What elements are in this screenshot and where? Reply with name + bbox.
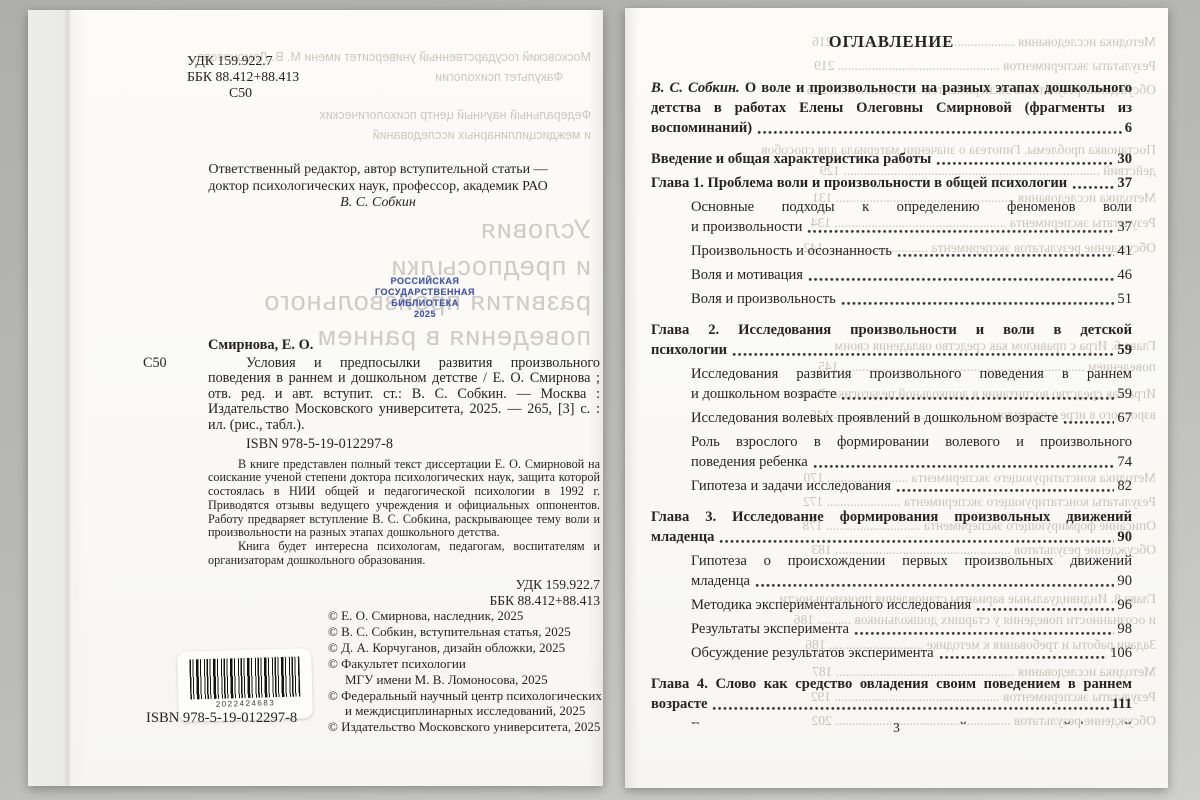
dot-leader	[854, 631, 1114, 636]
toc-entry-line: Исследования развития произвольного пове…	[691, 364, 1132, 384]
editor-line: Ответственный редактор, автор вступитель…	[158, 162, 598, 179]
copyright-line: © Е. О. Смирнова, наследник, 2025	[328, 608, 640, 624]
toc-entry-text: Произвольность и осознанность	[691, 241, 892, 261]
toc-entry-text: Воля и произвольность	[691, 289, 836, 309]
editor-line: доктор психологических наук, профессор, …	[158, 179, 598, 196]
toc-entry-line: детства в работах Елены Олеговны Смирнов…	[651, 98, 1132, 118]
toc-entry: Глава 4. Слово как средство овладения св…	[651, 674, 1132, 714]
toc-entry: В. С. Собкин. О воле и произвольности на…	[651, 78, 1132, 138]
udk-bottom-block: УДК 159.922.7 ББК 88.412+88.413	[178, 577, 600, 610]
author-heading: Смирнова, Е. О.	[208, 338, 600, 354]
toc-list: В. С. Собкин. О воле и произвольности на…	[651, 78, 1132, 724]
toc-page-ref: 6	[1125, 118, 1132, 138]
toc-page-ref: 74	[1117, 452, 1132, 472]
bib-description: Условия и предпосылки развития произволь…	[208, 356, 600, 434]
toc-entry-line: Основные подходы к определению феноменов…	[691, 197, 1132, 217]
toc-entry: Роль взрослого в формировании волевого и…	[651, 432, 1132, 472]
toc-page-ref: 90	[1117, 527, 1132, 547]
copyright-line: © Факультет психологии	[328, 656, 640, 672]
toc-entry: Обсуждение результатов эксперимента106	[651, 643, 1132, 663]
toc-page-ref: 37	[1117, 217, 1132, 237]
toc-entry: Воля и мотивация46	[651, 265, 1132, 285]
dot-leader	[712, 706, 1108, 711]
toc-entry-text: младенца	[691, 571, 750, 591]
copyright-line: © В. С. Собкин, вступительная статья, 20…	[328, 624, 640, 640]
dot-leader	[757, 130, 1122, 135]
toc-page-ref: 96	[1117, 595, 1132, 615]
toc-page-ref: 59	[1117, 384, 1132, 404]
toc-entry-text: и дошкольном возрасте	[691, 384, 836, 404]
toc-entry: Введение и общая характеристика работы30	[651, 149, 1132, 169]
toc-entry: Результаты эксперимента98	[651, 619, 1132, 639]
bleedthrough-line: и междисциплинарных исследований	[54, 128, 591, 142]
toc-entry: Основные подходы к определению феноменов…	[651, 197, 1132, 237]
stamp-line: БИБЛИОТЕКА	[360, 298, 490, 309]
toc-entry: Воля и произвольность51	[651, 289, 1132, 309]
bibliographic-entry: С50 Условия и предпосылки развития произ…	[208, 356, 600, 434]
copyright-line: © Федеральный научный центр психологичес…	[328, 688, 640, 704]
toc-entry-text: Введение и общая характеристика работы	[651, 149, 931, 169]
udk-block: УДК 159.922.7 ББК 88.412+88.413 С50	[187, 53, 299, 101]
toc-entry-last-line: Обсуждение результатов эксперимента106	[691, 643, 1132, 663]
copyright-list: © Е. О. Смирнова, наследник, 2025© В. С.…	[328, 608, 640, 735]
annotation-paragraph: В книге представлен полный текст диссерт…	[208, 458, 600, 541]
toc-entry-last-line: и произвольности37	[691, 217, 1132, 237]
bleedthrough-line: Московский государственный университет и…	[54, 50, 591, 64]
toc-entry-text: Результаты эксперимента	[691, 619, 849, 639]
toc-page: Методика исследования ..................…	[625, 8, 1168, 788]
toc-entry-last-line: Гипотеза и задачи исследования82	[691, 476, 1132, 496]
bbk-number: ББК 88.412+88.413	[187, 69, 299, 85]
toc-entry: Глава 1. Проблема воли и произвольности …	[651, 173, 1132, 193]
toc-entry-text: и произвольности	[691, 217, 802, 237]
toc-entry-last-line: младенца90	[651, 527, 1132, 547]
barcode-icon	[189, 656, 300, 699]
toc-author-name: В. С. Собкин.	[651, 80, 740, 96]
bleedthrough-line: Условия	[54, 214, 591, 245]
toc-page-ref: 67	[1117, 408, 1132, 428]
toc-entry-text: Обсуждение результатов эксперимента	[691, 643, 934, 663]
toc-entry: Методика экспериментального исследования…	[651, 595, 1132, 615]
toc-entry-last-line: Произвольность и осознанность41	[691, 241, 1132, 261]
toc-entry-last-line: Воля и мотивация46	[691, 265, 1132, 285]
toc-entry-last-line: Методика экспериментального исследования…	[691, 595, 1132, 615]
toc-entry-line: В. С. Собкин. О воле и произвольности на…	[651, 78, 1132, 98]
bleedthrough-line: Факультет психологии	[54, 70, 563, 84]
dot-leader	[1063, 420, 1114, 425]
toc-entry-text: возрасте	[651, 694, 707, 714]
toc-entry-last-line: Воля и произвольность51	[691, 289, 1132, 309]
toc-entry-text: Гипотеза и задачи исследования	[691, 476, 891, 496]
copyright-page: Московский государственный университет и…	[28, 10, 603, 786]
udk-number: УДК 159.922.7	[187, 53, 299, 69]
isbn-bottom: ISBN 978-5-19-012297-8	[146, 710, 297, 727]
stamp-line: ГОСУДАРСТВЕННАЯ	[360, 287, 490, 298]
toc-entry: Гипотеза и задачи исследования82	[651, 476, 1132, 496]
dot-leader	[897, 253, 1114, 258]
toc-entry-last-line: психологии59	[651, 340, 1132, 360]
toc-entry-last-line: возрасте111	[651, 694, 1132, 714]
editor-name: В. С. Собкин	[158, 195, 598, 212]
toc-entry-line: Роль взрослого в формировании волевого и…	[691, 432, 1132, 452]
dot-leader	[896, 488, 1114, 493]
toc-entry-text: Исследования волевых проявлений в дошкол…	[691, 408, 1058, 428]
toc-page-ref: 106	[1110, 643, 1132, 663]
toc-entry-last-line: Глава 1. Проблема воли и произвольности …	[651, 173, 1132, 193]
dot-leader	[976, 607, 1114, 612]
toc-page-ref: 30	[1117, 149, 1132, 169]
toc-entry-text: воспоминаний)	[651, 118, 752, 138]
stamp-year: 2025	[360, 309, 490, 320]
toc-entry-text: поведения ребенка	[691, 452, 808, 472]
toc-entry: Глава 3. Исследование формирования произ…	[651, 507, 1132, 547]
toc-entry-text: психологии	[651, 340, 727, 360]
toc-entry-line: Глава 4. Слово как средство овладения св…	[651, 674, 1132, 694]
dot-leader	[841, 396, 1114, 401]
copyright-line: © Издательство Московского университета,…	[328, 719, 640, 735]
imprint-column: Смирнова, Е. О. С50 Условия и предпосылк…	[178, 338, 600, 610]
isbn-line: ISBN 978-5-19-012297-8	[246, 437, 600, 453]
toc-entry: Исследования волевых проявлений в дошкол…	[651, 408, 1132, 428]
toc-title: ОГЛАВЛЕНИЕ	[651, 32, 1132, 52]
bleedthrough-line: и предпосылки	[54, 251, 591, 282]
toc-entry: Произвольность и осознанность41	[651, 241, 1132, 261]
dot-leader	[719, 539, 1114, 544]
toc-entry-line: Глава 2. Исследования произвольности и в…	[651, 320, 1132, 340]
editor-block: Ответственный редактор, автор вступитель…	[158, 162, 598, 212]
toc-page-ref: 37	[1117, 173, 1132, 193]
toc-entry-last-line: Исследования волевых проявлений в дошкол…	[691, 408, 1132, 428]
toc-page-ref: 41	[1117, 241, 1132, 261]
toc-page-ref: 51	[1117, 289, 1132, 309]
dot-leader	[936, 161, 1114, 166]
page-number: 3	[625, 720, 1168, 736]
dot-leader	[807, 229, 1114, 234]
toc-page-ref: 98	[1117, 619, 1132, 639]
toc-page-ref: 82	[1117, 476, 1132, 496]
toc-entry-line: Гипотеза о происхождении первых произвол…	[691, 551, 1132, 571]
bleedthrough-line: развития произвольного	[54, 286, 591, 317]
toc-entry-text: Методика экспериментального исследования	[691, 595, 971, 615]
dot-leader	[813, 464, 1115, 469]
toc-entry-last-line: поведения ребенка74	[691, 452, 1132, 472]
bib-code: С50	[143, 356, 167, 372]
toc-entry: Глава 2. Исследования произвольности и в…	[651, 320, 1132, 360]
toc-entry-text: младенца	[651, 527, 714, 547]
toc-entry-last-line: Результаты эксперимента98	[691, 619, 1132, 639]
toc-entry-line: Глава 3. Исследование формирования произ…	[651, 507, 1132, 527]
toc-entry-text: Глава 1. Проблема воли и произвольности …	[651, 173, 1067, 193]
copyright-line: и междисциплинарных исследований, 2025	[328, 703, 640, 719]
toc-entry-text: Воля и мотивация	[691, 265, 803, 285]
toc-page-ref: 111	[1112, 694, 1132, 714]
toc-entry: Гипотеза о происхождении первых произвол…	[651, 551, 1132, 591]
annotation-paragraph: Книга будет интересна психологам, педаго…	[208, 540, 600, 568]
toc-page-ref: 59	[1117, 340, 1132, 360]
copyright-line: МГУ имени М. В. Ломоносова, 2025	[328, 672, 640, 688]
stamp-line: РОССИЙСКАЯ	[360, 276, 490, 287]
toc-entry: Исследования развития произвольного пове…	[651, 364, 1132, 404]
dot-leader	[1072, 185, 1114, 190]
toc-entry-last-line: и дошкольном возрасте59	[691, 384, 1132, 404]
toc-entry-last-line: воспоминаний)6	[651, 118, 1132, 138]
copyright-line: © Д. А. Корчуганов, дизайн обложки, 2025	[328, 640, 640, 656]
toc-entry-last-line: младенца90	[691, 571, 1132, 591]
author-sign-code: С50	[187, 85, 299, 101]
dot-leader	[841, 301, 1115, 306]
toc-container: ОГЛАВЛЕНИЕ В. С. Собкин. О воле и произв…	[651, 32, 1132, 724]
toc-page-ref: 46	[1117, 265, 1132, 285]
toc-entry-last-line: Введение и общая характеристика работы30	[651, 149, 1132, 169]
dot-leader	[755, 583, 1114, 588]
dot-leader	[808, 277, 1114, 282]
dot-leader	[939, 655, 1107, 660]
toc-page-ref: 90	[1117, 571, 1132, 591]
udk-number: УДК 159.922.7	[178, 577, 600, 594]
bleedthrough-line: Федеральный научный центр психологически…	[54, 108, 591, 122]
dot-leader	[732, 352, 1114, 357]
book-scan: { "colors": { "background_gray": "#b9b9b…	[0, 0, 1200, 800]
library-stamp: РОССИЙСКАЯ ГОСУДАРСТВЕННАЯ БИБЛИОТЕКА 20…	[360, 276, 490, 320]
